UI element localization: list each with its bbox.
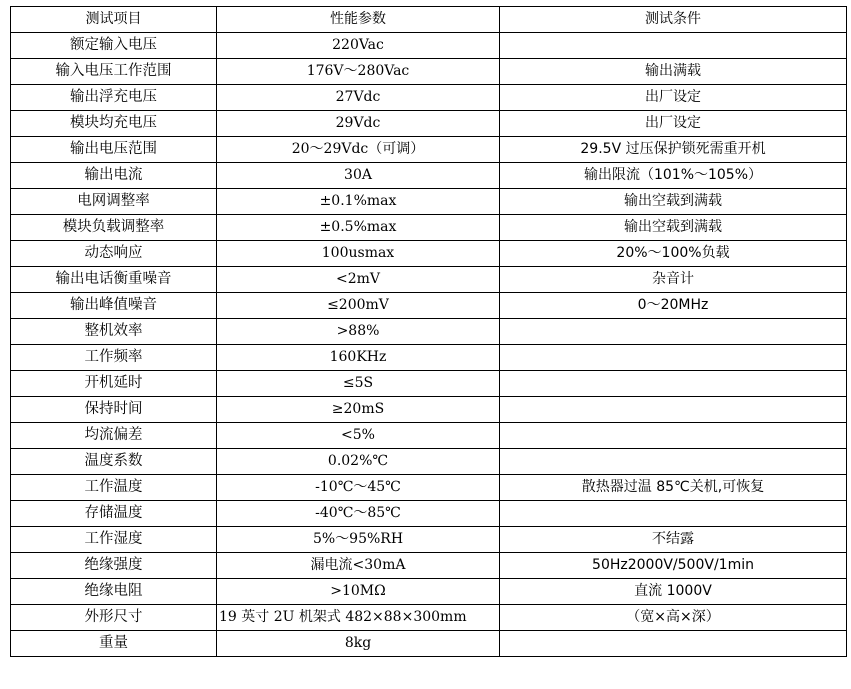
table-row: 保持时间 ≥20mS — [11, 397, 847, 423]
cell-param: ≥20mS — [217, 397, 500, 423]
cell-item: 输出电话衡重噪音 — [11, 267, 217, 293]
cell-item: 工作湿度 — [11, 527, 217, 553]
cell-param: ±0.5%max — [217, 215, 500, 241]
table-row: 工作频率 160KHz — [11, 345, 847, 371]
cell-item: 外形尺寸 — [11, 605, 217, 631]
cell-condition — [500, 397, 847, 423]
cell-param: -10℃～45℃ — [217, 475, 500, 501]
cell-param: <5% — [217, 423, 500, 449]
cell-condition: 出厂设定 — [500, 85, 847, 111]
cell-param: 5%～95%RH — [217, 527, 500, 553]
table-row: 工作湿度 5%～95%RH 不结露 — [11, 527, 847, 553]
cell-condition: 20%～100%负载 — [500, 241, 847, 267]
cell-param: ≤200mV — [217, 293, 500, 319]
cell-param: 160KHz — [217, 345, 500, 371]
cell-param: 27Vdc — [217, 85, 500, 111]
cell-item: 重量 — [11, 631, 217, 657]
cell-item: 输出峰值噪音 — [11, 293, 217, 319]
cell-item: 绝缘强度 — [11, 553, 217, 579]
cell-condition — [500, 33, 847, 59]
cell-param: 19 英寸 2U 机架式 482×88×300mm — [217, 605, 500, 631]
table-row: 输出电话衡重噪音 <2mV 杂音计 — [11, 267, 847, 293]
cell-condition — [500, 319, 847, 345]
cell-item: 绝缘电阻 — [11, 579, 217, 605]
cell-param: >10MΩ — [217, 579, 500, 605]
table-row: 输出浮充电压 27Vdc 出厂设定 — [11, 85, 847, 111]
header-performance-param: 性能参数 — [217, 7, 500, 33]
table-row: 绝缘电阻 >10MΩ 直流 1000V — [11, 579, 847, 605]
table-row: 输出电流 30A 输出限流（101%～105%） — [11, 163, 847, 189]
cell-item: 模块负载调整率 — [11, 215, 217, 241]
cell-condition: 不结露 — [500, 527, 847, 553]
cell-condition: 输出满载 — [500, 59, 847, 85]
cell-condition: 输出空载到满载 — [500, 189, 847, 215]
cell-condition — [500, 345, 847, 371]
cell-condition — [500, 501, 847, 527]
cell-condition: 散热器过温 85℃关机,可恢复 — [500, 475, 847, 501]
table-row: 重量 8kg — [11, 631, 847, 657]
cell-param: >88% — [217, 319, 500, 345]
cell-condition — [500, 423, 847, 449]
cell-condition: 杂音计 — [500, 267, 847, 293]
cell-item: 模块均充电压 — [11, 111, 217, 137]
cell-param: 30A — [217, 163, 500, 189]
cell-item: 工作频率 — [11, 345, 217, 371]
cell-item: 输出电压范围 — [11, 137, 217, 163]
cell-item: 动态响应 — [11, 241, 217, 267]
cell-condition: 出厂设定 — [500, 111, 847, 137]
table-row: 输出电压范围 20～29Vdc（可调） 29.5V 过压保护锁死需重开机 — [11, 137, 847, 163]
cell-condition — [500, 449, 847, 475]
header-test-condition: 测试条件 — [500, 7, 847, 33]
table-row: 模块负载调整率 ±0.5%max 输出空载到满载 — [11, 215, 847, 241]
cell-param: 8kg — [217, 631, 500, 657]
table-row: 模块均充电压 29Vdc 出厂设定 — [11, 111, 847, 137]
cell-param: 0.02%℃ — [217, 449, 500, 475]
cell-condition — [500, 371, 847, 397]
cell-item: 保持时间 — [11, 397, 217, 423]
header-test-item: 测试项目 — [11, 7, 217, 33]
cell-item: 输出电流 — [11, 163, 217, 189]
cell-param: ≤5S — [217, 371, 500, 397]
cell-condition: 输出限流（101%～105%） — [500, 163, 847, 189]
table-row: 工作温度 -10℃～45℃ 散热器过温 85℃关机,可恢复 — [11, 475, 847, 501]
spec-table: 测试项目 性能参数 测试条件 额定输入电压 220Vac 输入电压工作范围 17… — [10, 6, 847, 657]
table-row: 开机延时 ≤5S — [11, 371, 847, 397]
cell-item: 额定输入电压 — [11, 33, 217, 59]
table-row: 绝缘强度 漏电流<30mA 50Hz2000V/500V/1min — [11, 553, 847, 579]
table-row: 温度系数 0.02%℃ — [11, 449, 847, 475]
cell-condition — [500, 631, 847, 657]
table-row: 输入电压工作范围 176V～280Vac 输出满载 — [11, 59, 847, 85]
cell-item: 输入电压工作范围 — [11, 59, 217, 85]
cell-param: 漏电流<30mA — [217, 553, 500, 579]
cell-item: 开机延时 — [11, 371, 217, 397]
table-row: 动态响应 100usmax 20%～100%负载 — [11, 241, 847, 267]
table-row: 电网调整率 ±0.1%max 输出空载到满载 — [11, 189, 847, 215]
cell-item: 电网调整率 — [11, 189, 217, 215]
header-row: 测试项目 性能参数 测试条件 — [11, 7, 847, 33]
table-row: 外形尺寸 19 英寸 2U 机架式 482×88×300mm （宽×高×深） — [11, 605, 847, 631]
cell-param: ±0.1%max — [217, 189, 500, 215]
cell-item: 输出浮充电压 — [11, 85, 217, 111]
table-row: 均流偏差 <5% — [11, 423, 847, 449]
table-row: 存储温度 -40℃～85℃ — [11, 501, 847, 527]
cell-item: 存储温度 — [11, 501, 217, 527]
cell-condition: 输出空载到满载 — [500, 215, 847, 241]
cell-condition: 0～20MHz — [500, 293, 847, 319]
cell-item: 温度系数 — [11, 449, 217, 475]
cell-item: 整机效率 — [11, 319, 217, 345]
cell-condition: 50Hz2000V/500V/1min — [500, 553, 847, 579]
cell-condition: 直流 1000V — [500, 579, 847, 605]
table-row: 整机效率 >88% — [11, 319, 847, 345]
table-row: 额定输入电压 220Vac — [11, 33, 847, 59]
cell-param: 29Vdc — [217, 111, 500, 137]
cell-condition: 29.5V 过压保护锁死需重开机 — [500, 137, 847, 163]
cell-condition: （宽×高×深） — [500, 605, 847, 631]
cell-param: 20～29Vdc（可调） — [217, 137, 500, 163]
cell-param: 100usmax — [217, 241, 500, 267]
cell-param: 176V～280Vac — [217, 59, 500, 85]
cell-item: 均流偏差 — [11, 423, 217, 449]
table-row: 输出峰值噪音 ≤200mV 0～20MHz — [11, 293, 847, 319]
cell-param: 220Vac — [217, 33, 500, 59]
cell-param: -40℃～85℃ — [217, 501, 500, 527]
cell-item: 工作温度 — [11, 475, 217, 501]
cell-param: <2mV — [217, 267, 500, 293]
